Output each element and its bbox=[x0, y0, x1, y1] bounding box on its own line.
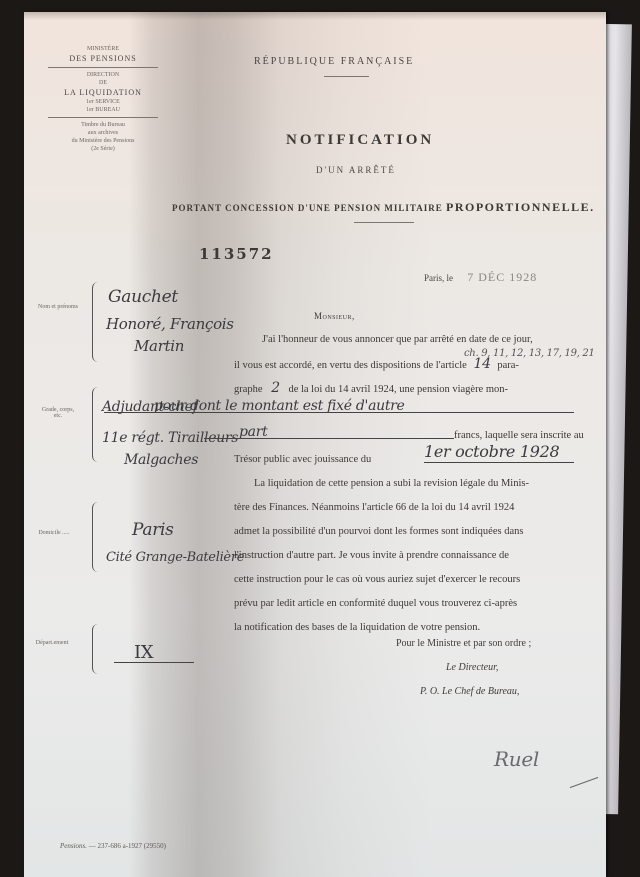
brace bbox=[92, 502, 99, 572]
brace bbox=[92, 624, 99, 674]
ministry-name: DES PENSIONS bbox=[48, 54, 158, 63]
direction-name: LA LIQUIDATION bbox=[48, 88, 158, 97]
label-domicile: Domicile ..... bbox=[34, 530, 74, 536]
pension-notification-page: MINISTÈRE DES PENSIONS DIRECTION DE LA L… bbox=[24, 12, 606, 877]
document-subtitle: D'UN ARRÊTÉ bbox=[316, 165, 396, 175]
archive-line: du Ministère des Pensions bbox=[48, 138, 158, 144]
handwritten-given-names-2: Martin bbox=[134, 337, 184, 355]
body-line: la notification des bases de la liquidat… bbox=[234, 616, 480, 640]
handwritten-street: Cité Grange-Batelière bbox=[106, 550, 244, 565]
closing-chief: P. O. Le Chef de Bureau, bbox=[420, 686, 519, 697]
label-department: Départ.ement bbox=[32, 640, 72, 646]
handwritten-department: IX bbox=[134, 642, 153, 663]
document-number: 113572 bbox=[199, 245, 274, 263]
footer-code: — 237-686 a-1927 (29550) bbox=[89, 842, 166, 850]
service-line: 1er SERVICE bbox=[48, 99, 158, 105]
body-line: l'instruction d'autre part. Je vous invi… bbox=[234, 544, 509, 568]
handwritten-given-names: Honoré, François bbox=[106, 315, 234, 333]
handwritten-article-extra: ch. 9, 11, 12, 13, 17, 19, 21 bbox=[464, 342, 595, 366]
brace bbox=[92, 387, 99, 462]
underline bbox=[114, 662, 194, 663]
concession-type: PROPORTIONNELLE. bbox=[446, 200, 595, 214]
body-text: il vous est accordé, en vertu des dispos… bbox=[234, 360, 467, 371]
date-label: Paris, le bbox=[424, 273, 453, 283]
divider bbox=[324, 76, 369, 77]
handwritten-regiment-2: Malgaches bbox=[124, 452, 198, 468]
body-text: Trésor public avec jouissance du bbox=[234, 454, 371, 465]
handwritten-jouissance-date: 1er octobre 1928 bbox=[424, 440, 559, 464]
divider bbox=[354, 222, 414, 223]
body-line: La liquidation de cette pension a subi l… bbox=[254, 472, 529, 496]
body-line: cette instruction pour le cas où vous au… bbox=[234, 568, 520, 592]
body-line: prévu par ledit article en conformité du… bbox=[234, 592, 517, 616]
republic-heading: RÉPUBLIQUE FRANÇAISE bbox=[254, 56, 414, 67]
footer-label: Pensions. bbox=[60, 842, 87, 850]
closing-line: Pour le Ministre et par son ordre ; bbox=[396, 638, 531, 649]
salutation: Monsieur, bbox=[314, 304, 355, 328]
ministry-block: MINISTÈRE DES PENSIONS DIRECTION DE LA L… bbox=[48, 44, 158, 154]
closing-director: Le Directeur, bbox=[446, 662, 498, 673]
closing-text: P. O. Le Chef de Bureau, bbox=[420, 686, 519, 697]
fill-line bbox=[104, 412, 574, 413]
label-rank: Grade, corps, etc. bbox=[38, 407, 78, 419]
body-line: admet la possibilité d'un pourvoi dont l… bbox=[234, 520, 523, 544]
brace bbox=[92, 282, 99, 362]
divider bbox=[48, 117, 158, 118]
bureau-line: 1er BUREAU bbox=[48, 107, 158, 113]
concession-heading: PORTANT CONCESSION D'UNE PENSION MILITAI… bbox=[172, 200, 595, 215]
signature: Ruel bbox=[494, 747, 539, 771]
fill-line bbox=[424, 462, 574, 463]
divider bbox=[48, 67, 158, 68]
label-names: Nom et prénoms bbox=[38, 304, 78, 310]
handwritten-city: Paris bbox=[132, 520, 174, 540]
handwritten-pension-part: part bbox=[239, 420, 267, 444]
print-footer: Pensions. — 237-686 a-1927 (29550) bbox=[60, 842, 166, 850]
direction-line: DIRECTION bbox=[48, 72, 158, 78]
document-title: NOTIFICATION bbox=[286, 132, 434, 149]
series-line: (2e Série) bbox=[48, 146, 158, 152]
body-line: Trésor public avec jouissance du bbox=[234, 448, 371, 472]
handwritten-surname: Gauchet bbox=[108, 287, 178, 307]
concession-text: PORTANT CONCESSION D'UNE PENSION MILITAI… bbox=[172, 203, 443, 213]
signature-stroke bbox=[570, 777, 599, 788]
archive-line: Timbre du Bureau bbox=[48, 122, 158, 128]
date-line: Paris, le 7 DÉC 1928 bbox=[424, 270, 537, 285]
ministry-line: MINISTÈRE bbox=[48, 46, 158, 52]
closing-text: Le Directeur, bbox=[446, 662, 498, 673]
direction-de: DE bbox=[48, 80, 158, 86]
body-line: tère des Finances. Néanmoins l'article 6… bbox=[234, 496, 514, 520]
archive-line: aux archives bbox=[48, 130, 158, 136]
date-stamp: 7 DÉC 1928 bbox=[467, 270, 537, 284]
handwritten-pension-description: pour dont le montant est fixé d'autre bbox=[154, 394, 405, 418]
fill-line bbox=[204, 438, 454, 439]
